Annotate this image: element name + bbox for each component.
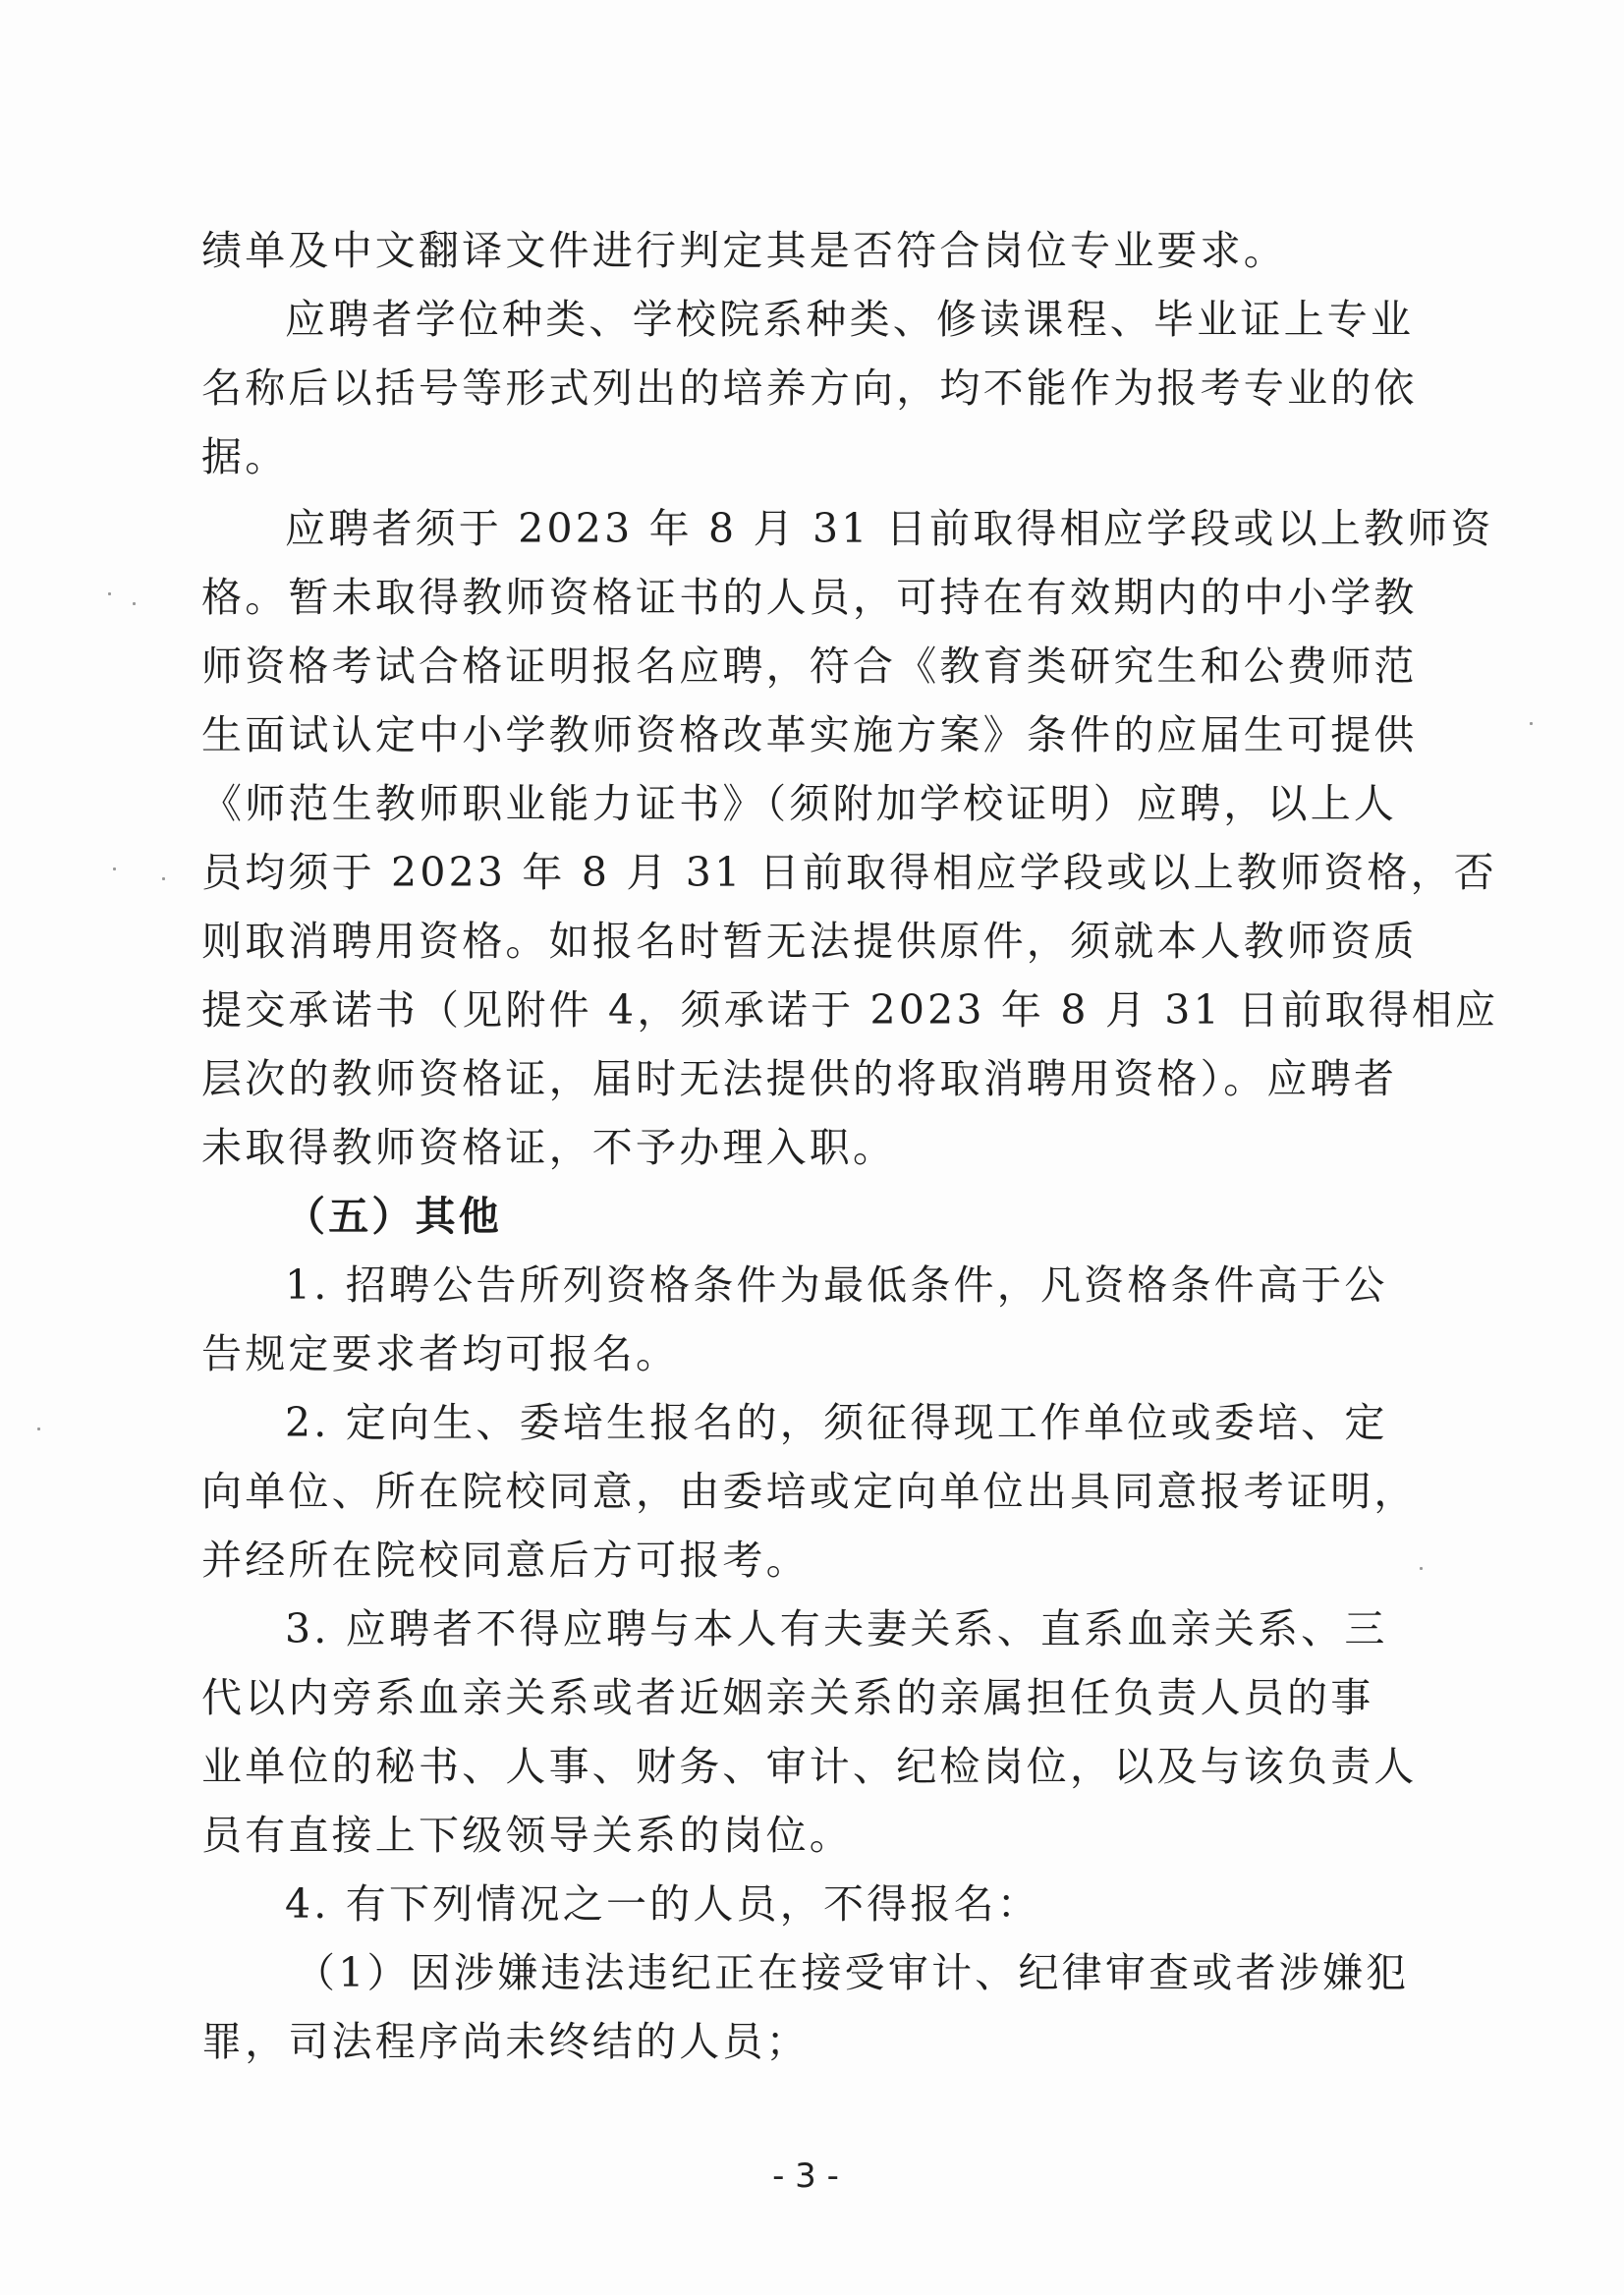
scan-speck — [108, 592, 111, 595]
text-line: 员均须于 2023 年 8 月 31 日前取得相应学段或以上教师资格，否 — [201, 843, 1425, 902]
text-line: 绩单及中文翻译文件进行判定其是否符合岗位专业要求。 — [201, 221, 1425, 280]
text-line: 据。 — [201, 427, 1425, 486]
list-item-2: 2. 定向生、委培生报名的，须征得现工作单位或委培、定 — [285, 1393, 1425, 1452]
document-page: 绩单及中文翻译文件进行判定其是否符合岗位专业要求。 应聘者学位种类、学校院系种类… — [0, 0, 1624, 2295]
scan-speck — [113, 868, 116, 870]
paragraph-start: 应聘者须于 2023 年 8 月 31 日前取得相应学段或以上教师资 — [285, 499, 1425, 558]
section-heading: （五）其他 — [285, 1187, 1508, 1246]
text-line: 代以内旁系血亲关系或者近姻亲关系的亲属担任负责人员的事 — [201, 1668, 1425, 1727]
scan-speck — [162, 877, 165, 880]
text-line: 向单位、所在院校同意，由委培或定向单位出具同意报考证明， — [201, 1462, 1425, 1521]
list-item-3: 3. 应聘者不得应聘与本人有夫妻关系、直系血亲关系、三 — [285, 1599, 1425, 1658]
text-line: 则取消聘用资格。如报名时暂无法提供原件，须就本人教师资质 — [201, 912, 1425, 971]
text-line: 生面试认定中小学教师资格改革实施方案》条件的应届生可提供 — [201, 705, 1425, 764]
text-line: 师资格考试合格证明报名应聘，符合《教育类研究生和公费师范 — [201, 637, 1425, 696]
list-item-1: 1. 招聘公告所列资格条件为最低条件，凡资格条件高于公 — [285, 1256, 1425, 1315]
scan-speck — [1420, 1567, 1423, 1570]
text-line: 提交承诺书（见附件 4，须承诺于 2023 年 8 月 31 日前取得相应 — [201, 980, 1425, 1039]
text-line: 员有直接上下级领导关系的岗位。 — [201, 1806, 1425, 1865]
scan-speck — [37, 1427, 40, 1430]
scan-speck — [133, 602, 136, 605]
text-line: 名称后以括号等形式列出的培养方向，均不能作为报考专业的依 — [201, 359, 1425, 418]
page-number: - 3 - — [747, 2156, 865, 2196]
paragraph-start: 应聘者学位种类、学校院系种类、修读课程、毕业证上专业 — [285, 290, 1425, 349]
list-item-4: 4. 有下列情况之一的人员，不得报名： — [285, 1875, 1425, 1933]
scan-speck — [1530, 722, 1533, 725]
text-line: 未取得教师资格证，不予办理入职。 — [201, 1118, 1425, 1177]
text-line: 告规定要求者均可报名。 — [201, 1324, 1425, 1383]
text-line: 业单位的秘书、人事、财务、审计、纪检岗位，以及与该负责人 — [201, 1737, 1425, 1796]
sub-list-item-1: （1）因涉嫌违法违纪正在接受审计、纪律审查或者涉嫌犯 — [295, 1943, 1518, 2002]
text-line: 罪，司法程序尚未终结的人员； — [201, 2012, 1425, 2071]
text-line: 层次的教师资格证，届时无法提供的将取消聘用资格）。应聘者 — [201, 1049, 1425, 1108]
text-line: 并经所在院校同意后方可报考。 — [201, 1531, 1425, 1590]
text-line: 《师范生教师职业能力证书》（须附加学校证明）应聘，以上人 — [201, 774, 1425, 833]
text-line: 格。暂未取得教师资格证书的人员，可持在有效期内的中小学教 — [201, 568, 1425, 627]
